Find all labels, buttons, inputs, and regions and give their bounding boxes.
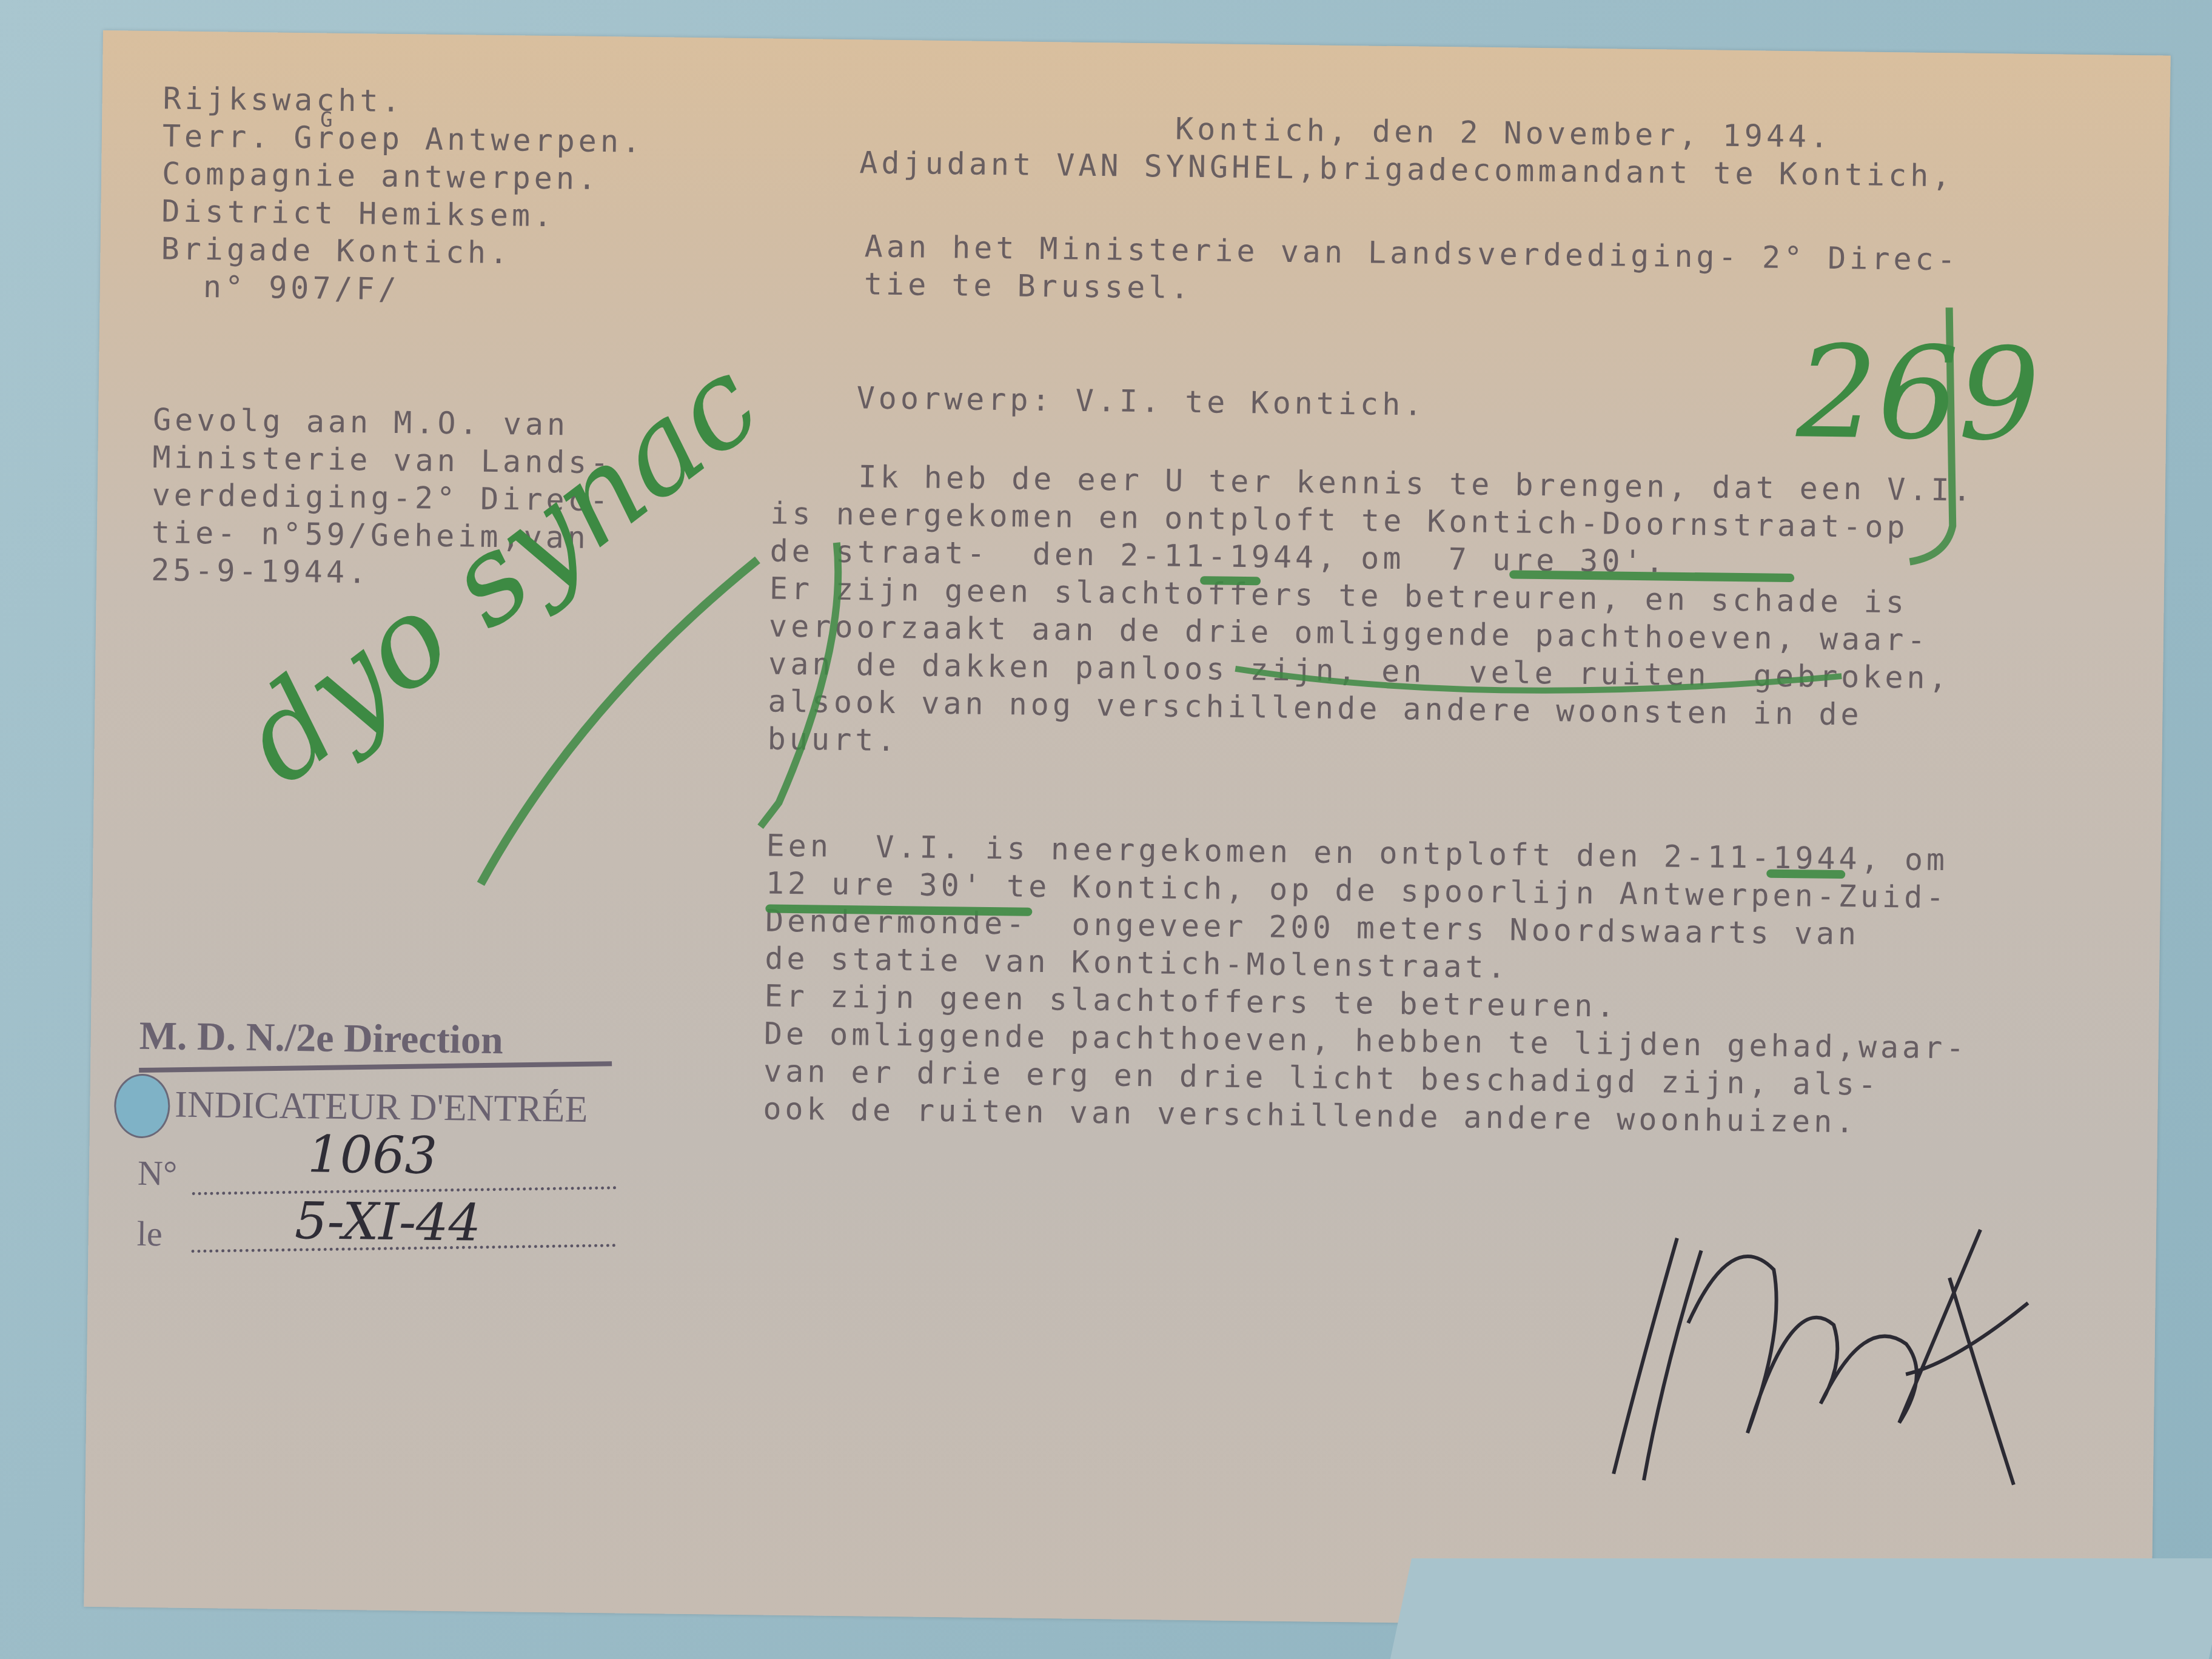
signature bbox=[1589, 1188, 2047, 1509]
torn-corner bbox=[1390, 1558, 2212, 1659]
stamp-date-label: le bbox=[136, 1213, 163, 1255]
stamp-number-label: N° bbox=[138, 1153, 178, 1194]
stamp-subtitle: INDICATEUR D'ENTRÉE bbox=[175, 1084, 588, 1131]
green-underline bbox=[1766, 870, 1845, 879]
letter-page: Rijkswacht. G Terr. Groep Antwerpen. Com… bbox=[84, 30, 2171, 1632]
stamp-number-value: 1063 bbox=[307, 1124, 438, 1185]
green-underline bbox=[1200, 576, 1261, 585]
stamp-date-value: 5-XI-44 bbox=[294, 1191, 481, 1253]
stamp-title: M. D. N./2e Direction bbox=[139, 1013, 503, 1064]
